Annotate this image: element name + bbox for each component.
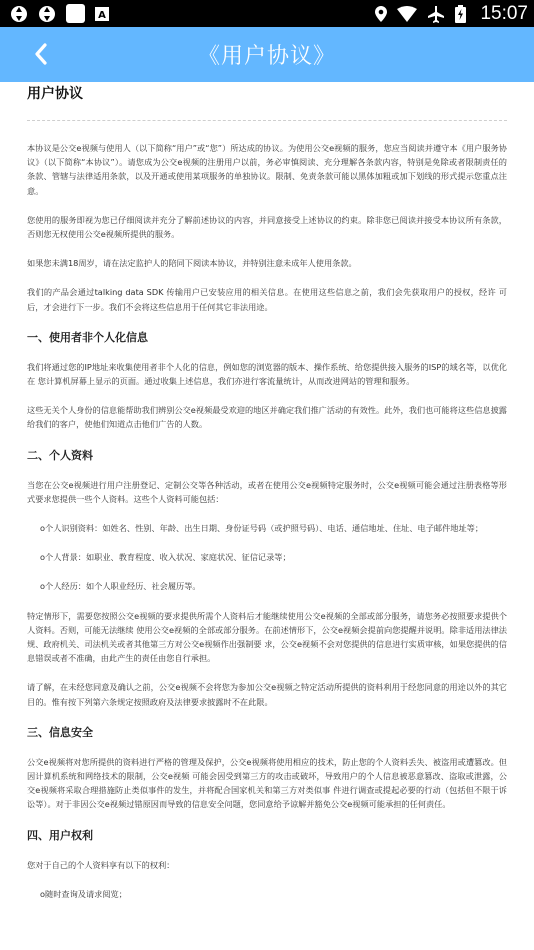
back-button[interactable] xyxy=(26,37,56,71)
airplane-icon xyxy=(427,5,445,23)
paragraph: 特定情形下，需要您按照公交e视频的要求提供所需个人资料后才能继续使用公交e视频的… xyxy=(27,609,507,666)
paragraph: 我们的产品会通过talking data SDK 传输用户已安装应用的相关信息。… xyxy=(27,285,507,313)
clock: 15:07 xyxy=(480,3,528,25)
font-a-icon: A xyxy=(95,7,109,21)
paragraph: 我们将通过您的IP地址来收集使用者非个人化的信息，例如您的浏览器的版本、操作系统… xyxy=(27,360,507,388)
wifi-icon xyxy=(397,6,417,22)
section-heading: 一、使用者非个人化信息 xyxy=(27,330,507,346)
sync-icon xyxy=(10,5,28,23)
document-title: 用户协议 xyxy=(27,84,507,104)
agreement-content[interactable]: 用户协议 本协议是公交e视频与使用人（以下简称“用户”或“您”）所达成的协议。为… xyxy=(0,82,534,950)
paragraph: 当您在公交e视频进行用户注册登记、定制公交等各种活动，或者在使用公交e视频特定服… xyxy=(27,478,507,506)
dashed-divider xyxy=(27,120,507,121)
sync-icon xyxy=(38,5,56,23)
paragraph: 您使用的服务即视为您已仔细阅读并充分了解前述协议的内容，并同意接受上述协议的约束… xyxy=(27,213,507,241)
paragraph: 本协议是公交e视频与使用人（以下简称“用户”或“您”）所达成的协议。为使用公交e… xyxy=(27,141,507,198)
list-item: o随时查询及请求阅览； xyxy=(27,887,507,901)
section-heading: 二、个人资料 xyxy=(27,448,507,464)
svg-text:A: A xyxy=(98,10,106,21)
section-heading: 四、用户权利 xyxy=(27,828,507,844)
list-item: o个人经历：如个人职业经历、社会履历等。 xyxy=(27,579,507,593)
paragraph: 这些无关个人身份的信息能帮助我们辨别公交e视频最受欢迎的地区并确定我们推广活动的… xyxy=(27,403,507,431)
status-bar-right: 15:07 xyxy=(375,3,528,25)
location-icon xyxy=(375,6,387,22)
blank-app-icon xyxy=(66,4,85,23)
status-bar: A 15:07 xyxy=(0,0,534,27)
chevron-left-icon xyxy=(34,43,48,65)
paragraph: 您对于自己的个人资料享有以下的权利： xyxy=(27,858,507,872)
status-bar-left: A xyxy=(10,4,109,23)
list-item: o个人识别资料：如姓名、性别、年龄、出生日期、身份证号码（或护照号码）、电话、通… xyxy=(27,521,507,535)
paragraph: 公交e视频将对您所提供的资料进行严格的管理及保护，公交e视频将使用相应的技术，防… xyxy=(27,755,507,812)
paragraph: 请了解，在未经您同意及确认之前，公交e视频不会将您为参加公交e视频之特定活动所提… xyxy=(27,680,507,708)
list-item: o个人背景：如职业、教育程度、收入状况、家庭状况、征信记录等； xyxy=(27,550,507,564)
app-bar: 《用户协议》 xyxy=(0,27,534,82)
paragraph: 如果您未满18周岁，请在法定监护人的陪同下阅读本协议，并特别注意未成年人使用条款… xyxy=(27,256,507,270)
page-title: 《用户协议》 xyxy=(198,39,336,70)
battery-charging-icon xyxy=(455,5,466,23)
section-heading: 三、信息安全 xyxy=(27,725,507,741)
